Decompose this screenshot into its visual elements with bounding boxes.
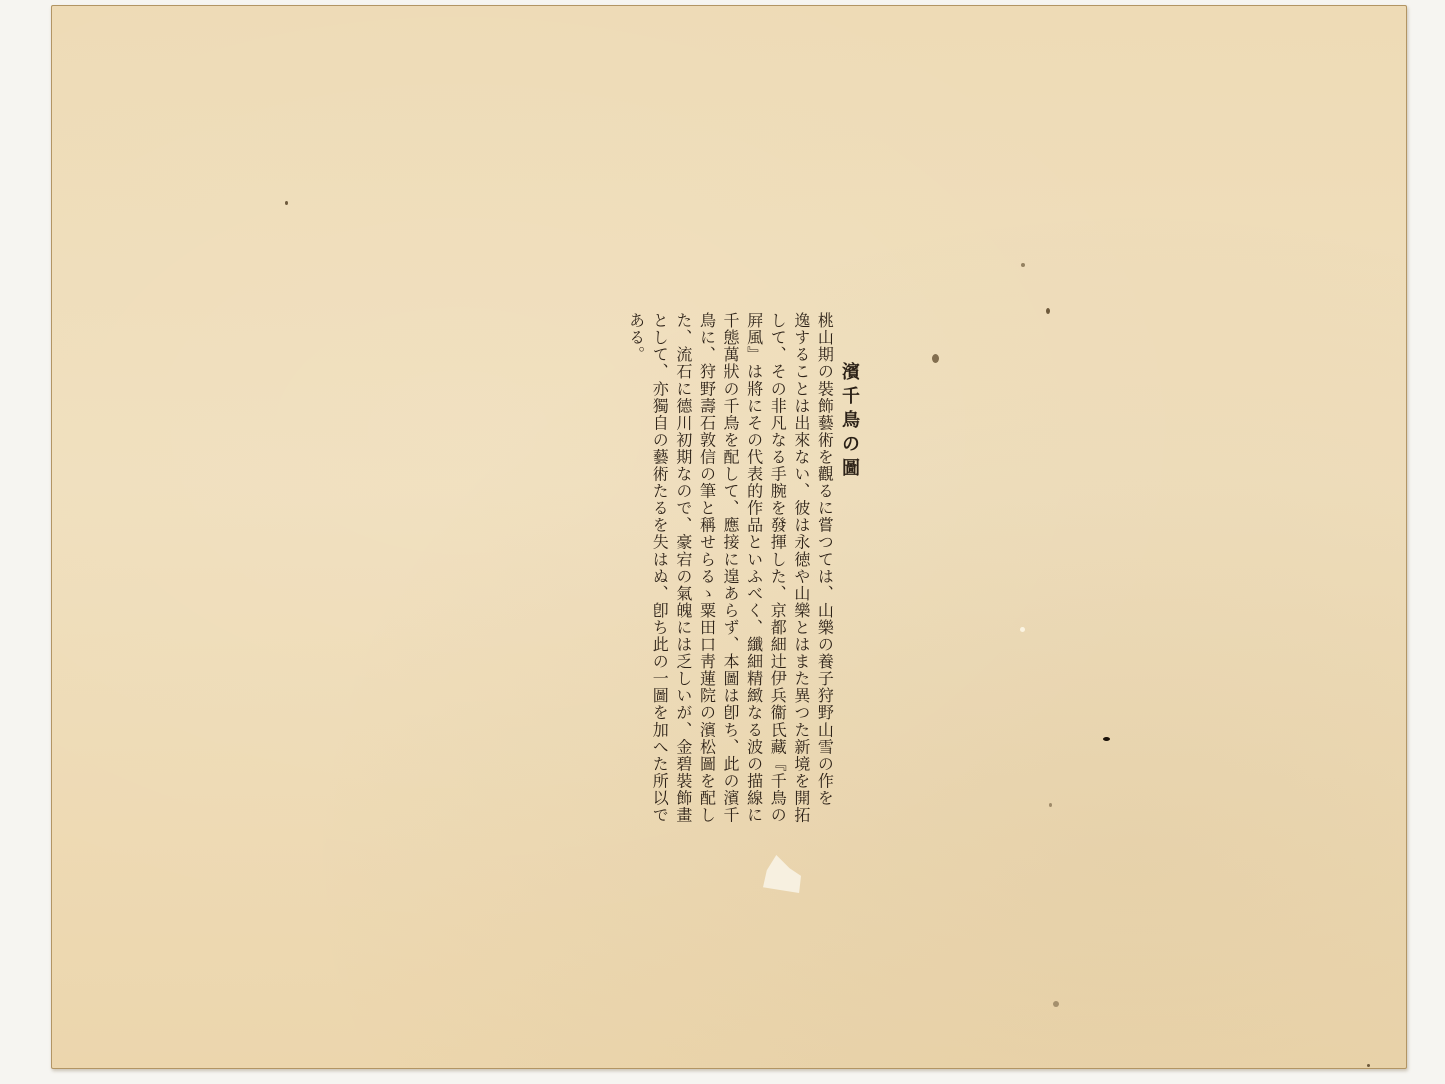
paper-speck [932,354,939,363]
body-column-9: ある。 [624,312,648,363]
body-column-2: 逸することは出來ない、彼は永徳や山樂とはまた異つた新境を開拓 [789,312,813,824]
paper-speck [1046,308,1050,314]
body-column-1: 桃山期の裝飾藝術を觀るに嘗つては、山樂の養子狩野山雪の作を [813,312,837,806]
body-column-3: して、その非凡なる手腕を發揮した、京都細辻伊兵衞氏藏『千鳥の [766,312,790,824]
document-body: 桃山期の裝飾藝術を觀るに嘗つては、山樂の養子狩野山雪の作を 逸することは出來ない… [624,300,860,740]
body-column-7: た、流石に德川初期なので、豪宕の氣魄には乏しいが、金碧裝飾畫 [671,312,695,824]
body-column-6: 鳥に、狩野壽石敦信の筆と稱せらるゝ粟田口靑蓮院の濱松圖を配し [695,312,719,824]
body-column-8: として、亦獨自の藝術たるを失はぬ、卽ち此の一圖を加へた所以で [648,312,672,824]
paper-speck [1020,627,1025,632]
body-column-5: 千態萬狀の千鳥を配して、應接に遑あらず、本圖は卽ち、此の濱千 [718,312,742,824]
paper-scratch [763,855,801,893]
paper-speck [1367,1064,1370,1067]
paper-speck [1021,263,1025,267]
paper-speck [1103,737,1110,741]
body-column-4: 屛風』は將にその代表的作品といふべく、纖細精緻なる波の描線に [742,312,766,824]
paper-speck [1053,1001,1059,1007]
paper-speck [1049,803,1052,807]
paper-speck [285,201,288,205]
